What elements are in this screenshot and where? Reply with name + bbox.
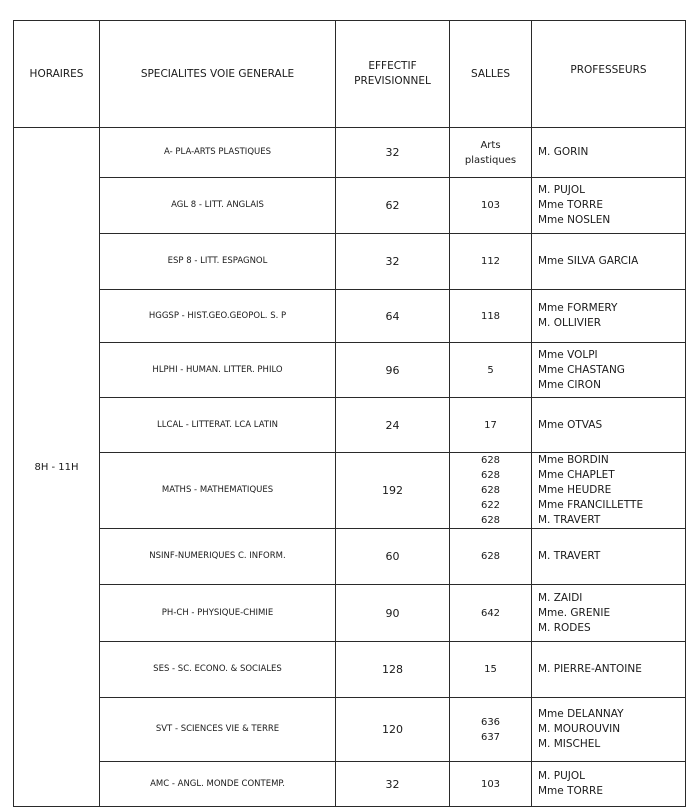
salle-entry: 5 [456,363,525,378]
table-row: AGL 8 - LITT. ANGLAIS62103M. PUJOLMme TO… [14,178,686,234]
effectif-cell: 24 [336,398,450,453]
effectif-cell: 64 [336,290,450,343]
professeur-entry: Mme NOSLEN [538,213,679,228]
header-effectif-line-1: EFFECTIF [342,59,443,74]
effectif-cell: 60 [336,529,450,585]
salle-entry: 628 [456,468,525,483]
professeur-entry: Mme OTVAS [538,418,679,433]
table-row: LLCAL - LITTERAT. LCA LATIN2417Mme OTVAS [14,398,686,453]
professeurs-cell: Mme OTVAS [532,398,686,453]
salles-cell: 628628628622628 [450,453,532,529]
effectif-cell: 120 [336,698,450,762]
salles-cell: 17 [450,398,532,453]
salle-entry: 628 [456,483,525,498]
salles-cell: 636637 [450,698,532,762]
header-salles: SALLES [450,21,532,128]
salle-entry: 636 [456,715,525,730]
professeurs-cell: M. PIERRE-ANTOINE [532,642,686,698]
salles-cell: 112 [450,234,532,290]
effectif-cell: 90 [336,585,450,642]
professeurs-cell: M. PUJOLMme TORREMme NOSLEN [532,178,686,234]
professeur-entry: M. TRAVERT [538,549,679,564]
salles-cell: 5 [450,343,532,398]
professeur-entry: Mme TORRE [538,198,679,213]
professeurs-cell: M. GORIN [532,128,686,178]
specialite-cell: LLCAL - LITTERAT. LCA LATIN [100,398,336,453]
specialite-cell: AMC - ANGL. MONDE CONTEMP. [100,762,336,807]
table-row: AMC - ANGL. MONDE CONTEMP.32103M. PUJOLM… [14,762,686,807]
salle-entry: 103 [456,198,525,213]
salle-entry: 103 [456,777,525,792]
header-effectif-line-2: PREVISIONNEL [342,74,443,89]
salle-entry: 642 [456,606,525,621]
specialite-cell: SES - SC. ECONO. & SOCIALES [100,642,336,698]
header-horaires: HORAIRES [14,21,100,128]
header-effectif: EFFECTIF PREVISIONNEL [336,21,450,128]
specialite-cell: SVT - SCIENCES VIE & TERRE [100,698,336,762]
specialite-cell: PH-CH - PHYSIQUE-CHIMIE [100,585,336,642]
professeur-entry: M. PUJOL [538,769,679,784]
specialite-cell: HLPHI - HUMAN. LITTER. PHILO [100,343,336,398]
salle-entry: plastiques [456,153,525,168]
horaire-cell: 8H - 11H [14,128,100,807]
salle-entry: Arts [456,138,525,153]
specialites-schedule-table: HORAIRES SPECIALITES VOIE GENERALE EFFEC… [13,20,686,807]
header-professeurs: PROFESSEURS [532,21,686,128]
salles-cell: 15 [450,642,532,698]
specialite-cell: HGGSP - HIST.GEO.GEOPOL. S. P [100,290,336,343]
professeur-entry: Mme CHAPLET [538,468,679,483]
professeur-entry: Mme VOLPI [538,348,679,363]
professeur-entry: M. TRAVERT [538,513,679,528]
professeur-entry: M. GORIN [538,145,679,160]
professeurs-cell: Mme SILVA GARCIA [532,234,686,290]
professeurs-cell: Mme VOLPIMme CHASTANGMme CIRON [532,343,686,398]
professeur-entry: M. MOUROUVIN [538,722,679,737]
professeur-entry: Mme DELANNAY [538,707,679,722]
professeurs-cell: M. TRAVERT [532,529,686,585]
professeur-entry: Mme CHASTANG [538,363,679,378]
professeur-entry: Mme FRANCILLETTE [538,498,679,513]
professeur-entry: Mme BORDIN [538,453,679,468]
salles-cell: 103 [450,178,532,234]
specialite-cell: ESP 8 - LITT. ESPAGNOL [100,234,336,290]
table-row: PH-CH - PHYSIQUE-CHIMIE90642M. ZAIDIMme.… [14,585,686,642]
table-row: SES - SC. ECONO. & SOCIALES12815M. PIERR… [14,642,686,698]
header-specialites: SPECIALITES VOIE GENERALE [100,21,336,128]
effectif-cell: 96 [336,343,450,398]
professeur-entry: M. MISCHEL [538,737,679,752]
salle-entry: 622 [456,498,525,513]
professeur-entry: Mme CIRON [538,378,679,393]
specialite-cell: AGL 8 - LITT. ANGLAIS [100,178,336,234]
salle-entry: 17 [456,418,525,433]
salle-entry: 118 [456,309,525,324]
table-row: ESP 8 - LITT. ESPAGNOL32112Mme SILVA GAR… [14,234,686,290]
effectif-cell: 32 [336,762,450,807]
specialite-cell: NSINF-NUMERIQUES C. INFORM. [100,529,336,585]
effectif-cell: 192 [336,453,450,529]
table-row: 8H - 11HA- PLA-ARTS PLASTIQUES32Artsplas… [14,128,686,178]
salle-entry: 112 [456,254,525,269]
table-row: MATHS - MATHEMATIQUES192628628628622628M… [14,453,686,529]
salle-entry: 628 [456,549,525,564]
professeur-entry: M. PUJOL [538,183,679,198]
professeur-entry: M. OLLIVIER [538,316,679,331]
specialite-cell: MATHS - MATHEMATIQUES [100,453,336,529]
professeurs-cell: Mme BORDINMme CHAPLETMme HEUDREMme FRANC… [532,453,686,529]
salles-cell: Artsplastiques [450,128,532,178]
table-row: NSINF-NUMERIQUES C. INFORM.60628M. TRAVE… [14,529,686,585]
professeur-entry: Mme. GRENIE [538,606,679,621]
salles-cell: 628 [450,529,532,585]
professeurs-cell: Mme DELANNAYM. MOUROUVINM. MISCHEL [532,698,686,762]
professeur-entry: Mme FORMERY [538,301,679,316]
table-row: HGGSP - HIST.GEO.GEOPOL. S. P64118Mme FO… [14,290,686,343]
table-row: SVT - SCIENCES VIE & TERRE120636637Mme D… [14,698,686,762]
professeur-entry: M. PIERRE-ANTOINE [538,662,679,677]
effectif-cell: 32 [336,234,450,290]
effectif-cell: 32 [336,128,450,178]
schedule-body: 8H - 11HA- PLA-ARTS PLASTIQUES32Artsplas… [14,128,686,807]
professeur-entry: Mme SILVA GARCIA [538,254,679,269]
salles-cell: 642 [450,585,532,642]
header-row: HORAIRES SPECIALITES VOIE GENERALE EFFEC… [14,21,686,128]
professeur-entry: Mme HEUDRE [538,483,679,498]
professeurs-cell: Mme FORMERYM. OLLIVIER [532,290,686,343]
effectif-cell: 62 [336,178,450,234]
professeur-entry: M. ZAIDI [538,591,679,606]
specialite-cell: A- PLA-ARTS PLASTIQUES [100,128,336,178]
salles-cell: 103 [450,762,532,807]
salle-entry: 628 [456,453,525,468]
salle-entry: 15 [456,662,525,677]
effectif-cell: 128 [336,642,450,698]
professeur-entry: M. RODES [538,621,679,636]
professeurs-cell: M. ZAIDIMme. GRENIEM. RODES [532,585,686,642]
table-row: HLPHI - HUMAN. LITTER. PHILO965Mme VOLPI… [14,343,686,398]
professeurs-cell: M. PUJOLMme TORRE [532,762,686,807]
salle-entry: 637 [456,730,525,745]
professeur-entry: Mme TORRE [538,784,679,799]
salle-entry: 628 [456,513,525,528]
salles-cell: 118 [450,290,532,343]
